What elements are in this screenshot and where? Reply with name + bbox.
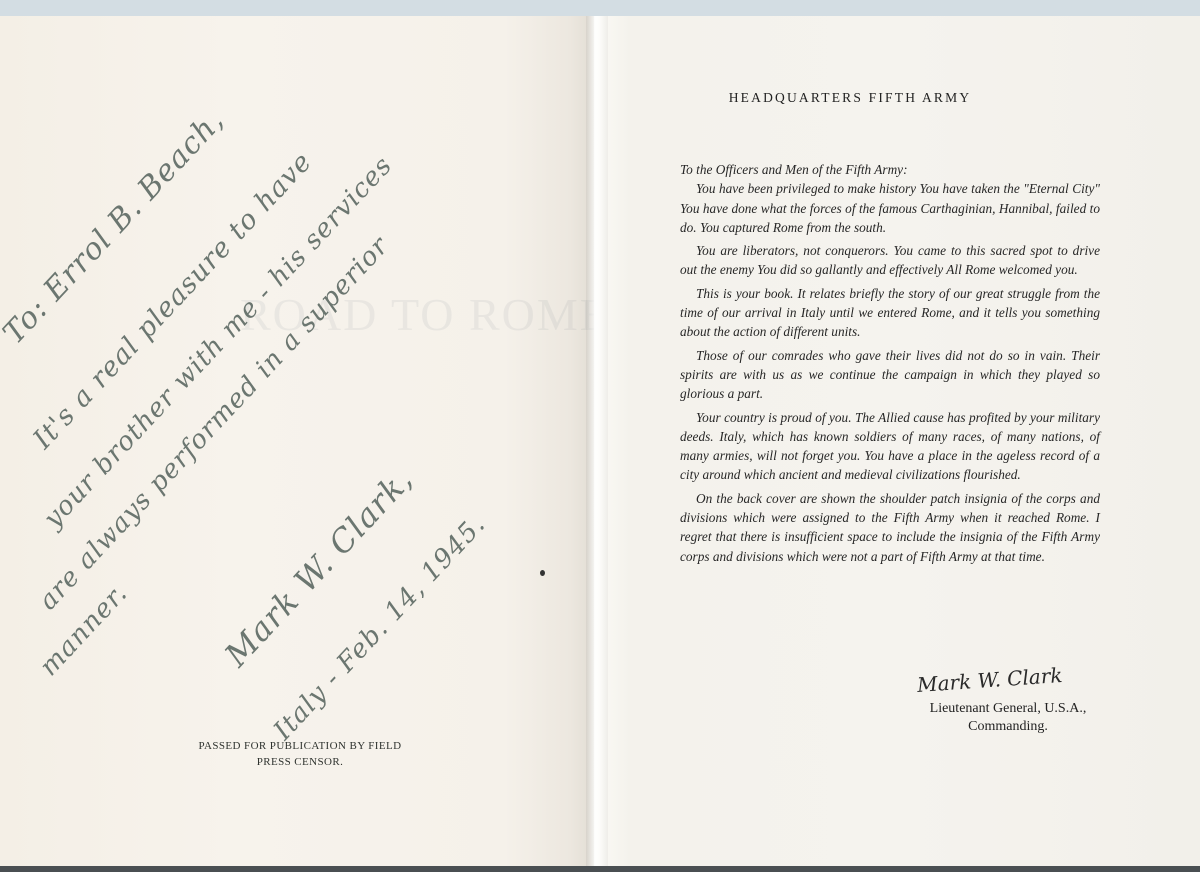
ink-speck — [540, 570, 545, 576]
rank-line-1: Lieutenant General, U.S.A., — [896, 700, 1120, 718]
rank-line-2: Commanding. — [896, 718, 1120, 736]
letter-salutation: To the Officers and Men of the Fifth Arm… — [680, 160, 1100, 179]
inscription-signature: Mark W. Clark, — [217, 460, 420, 674]
letter-body: To the Officers and Men of the Fifth Arm… — [680, 160, 1100, 570]
book-gutter — [586, 16, 608, 868]
letter-paragraph: You are liberators, not conquerors. You … — [680, 241, 1100, 280]
left-page: ROAD TO ROME To: Errol B. Beach, It's a … — [0, 16, 594, 868]
censor-note-line-1: PASSED FOR PUBLICATION BY FIELD — [160, 738, 440, 754]
letter-paragraph: This is your book. It relates briefly th… — [680, 284, 1100, 342]
censor-note-line-2: PRESS CENSOR. — [160, 754, 440, 770]
letter-paragraph: On the back cover are shown the shoulder… — [680, 489, 1100, 566]
scan-bottom-edge — [0, 866, 1200, 872]
inscription-line-3: your brother with me - his services — [38, 151, 398, 534]
letter-paragraph: You have been privileged to make history… — [680, 179, 1100, 237]
censor-note: PASSED FOR PUBLICATION BY FIELD PRESS CE… — [160, 738, 440, 770]
letter-paragraph: Your country is proud of you. The Allied… — [680, 408, 1100, 485]
page-heading: HEADQUARTERS FIFTH ARMY — [594, 90, 1100, 106]
inscription-date: Italy - Feb. 14, 1945. — [268, 509, 492, 746]
book-spread-scan: ROAD TO ROME To: Errol B. Beach, It's a … — [0, 0, 1200, 872]
inscription-line-1: To: Errol B. Beach, — [0, 103, 231, 351]
printed-signature: Mark W. Clark — [917, 663, 1064, 697]
signature-block: Mark W. Clark Lieutenant General, U.S.A.… — [880, 668, 1120, 736]
letter-paragraph: Those of our comrades who gave their liv… — [680, 346, 1100, 404]
